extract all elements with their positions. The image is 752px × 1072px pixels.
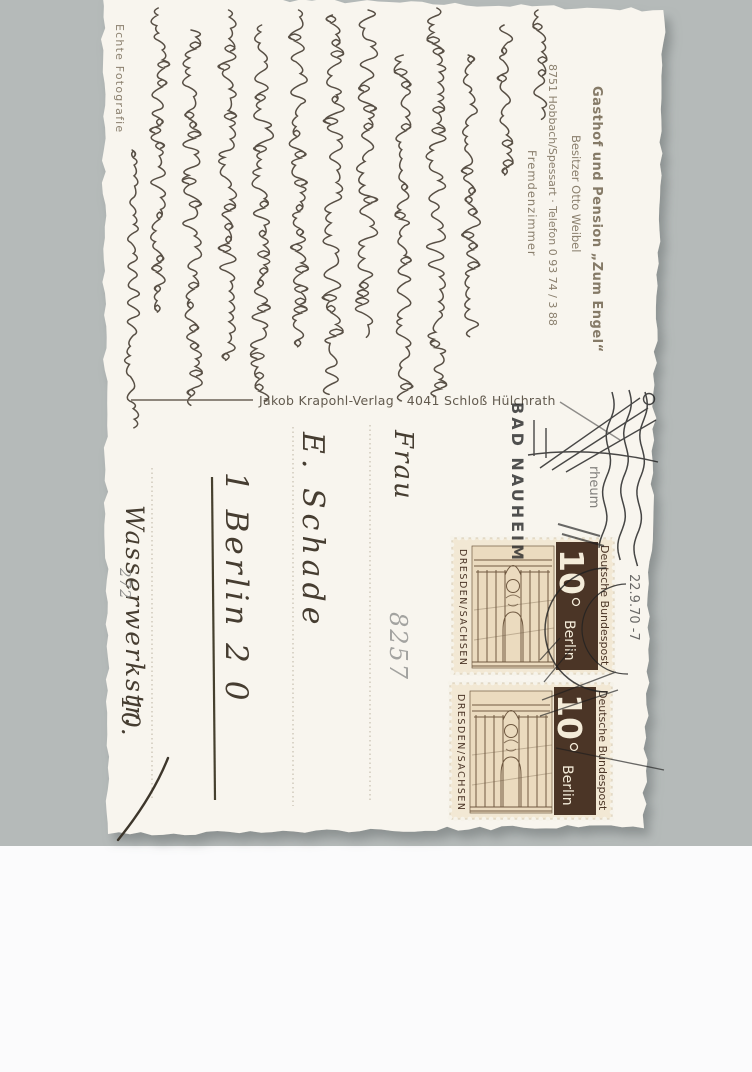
stamp-motif: DRESDEN/SACHSEN: [457, 549, 468, 667]
street: Wasserwerkstr.: [120, 505, 149, 727]
scan-lower-area: [0, 846, 752, 1072]
postmark-town: BAD NAUHEIM: [508, 402, 527, 563]
business-owner: Besitzer Otto Weibel: [569, 135, 583, 252]
photo-note-label: Echte Fotografie: [113, 24, 126, 133]
business-name: Gasthof und Pension „Zum Engel“: [589, 86, 604, 353]
stamp-issuer: Deutsche Bundespost: [598, 545, 611, 666]
house-number: 10.: [116, 696, 145, 736]
pencil-note-left: 272: [116, 567, 134, 600]
pencil-note-right: 8257: [384, 612, 412, 681]
recipient-name: E. Schade: [295, 431, 330, 630]
postmark-date: 22.9.70 -7: [626, 574, 641, 641]
city-line: 1 Berlin 2 0: [218, 472, 254, 704]
business-address-phone: 8751 Hobbach/Spessart · Telefon 0 93 74 …: [546, 64, 559, 326]
business-rooms: Fremdenzimmer: [525, 150, 539, 257]
stamp-region: Berlin: [561, 620, 577, 661]
recipient-title: Frau: [388, 429, 418, 501]
postcard-scan: Echte Fotografie Gasthof und Pension „Zu…: [0, 0, 752, 1072]
stamp-2: [450, 683, 612, 819]
postmark-slogan-fragment: rheum: [586, 466, 601, 508]
zwinger-engraving: [472, 546, 554, 668]
